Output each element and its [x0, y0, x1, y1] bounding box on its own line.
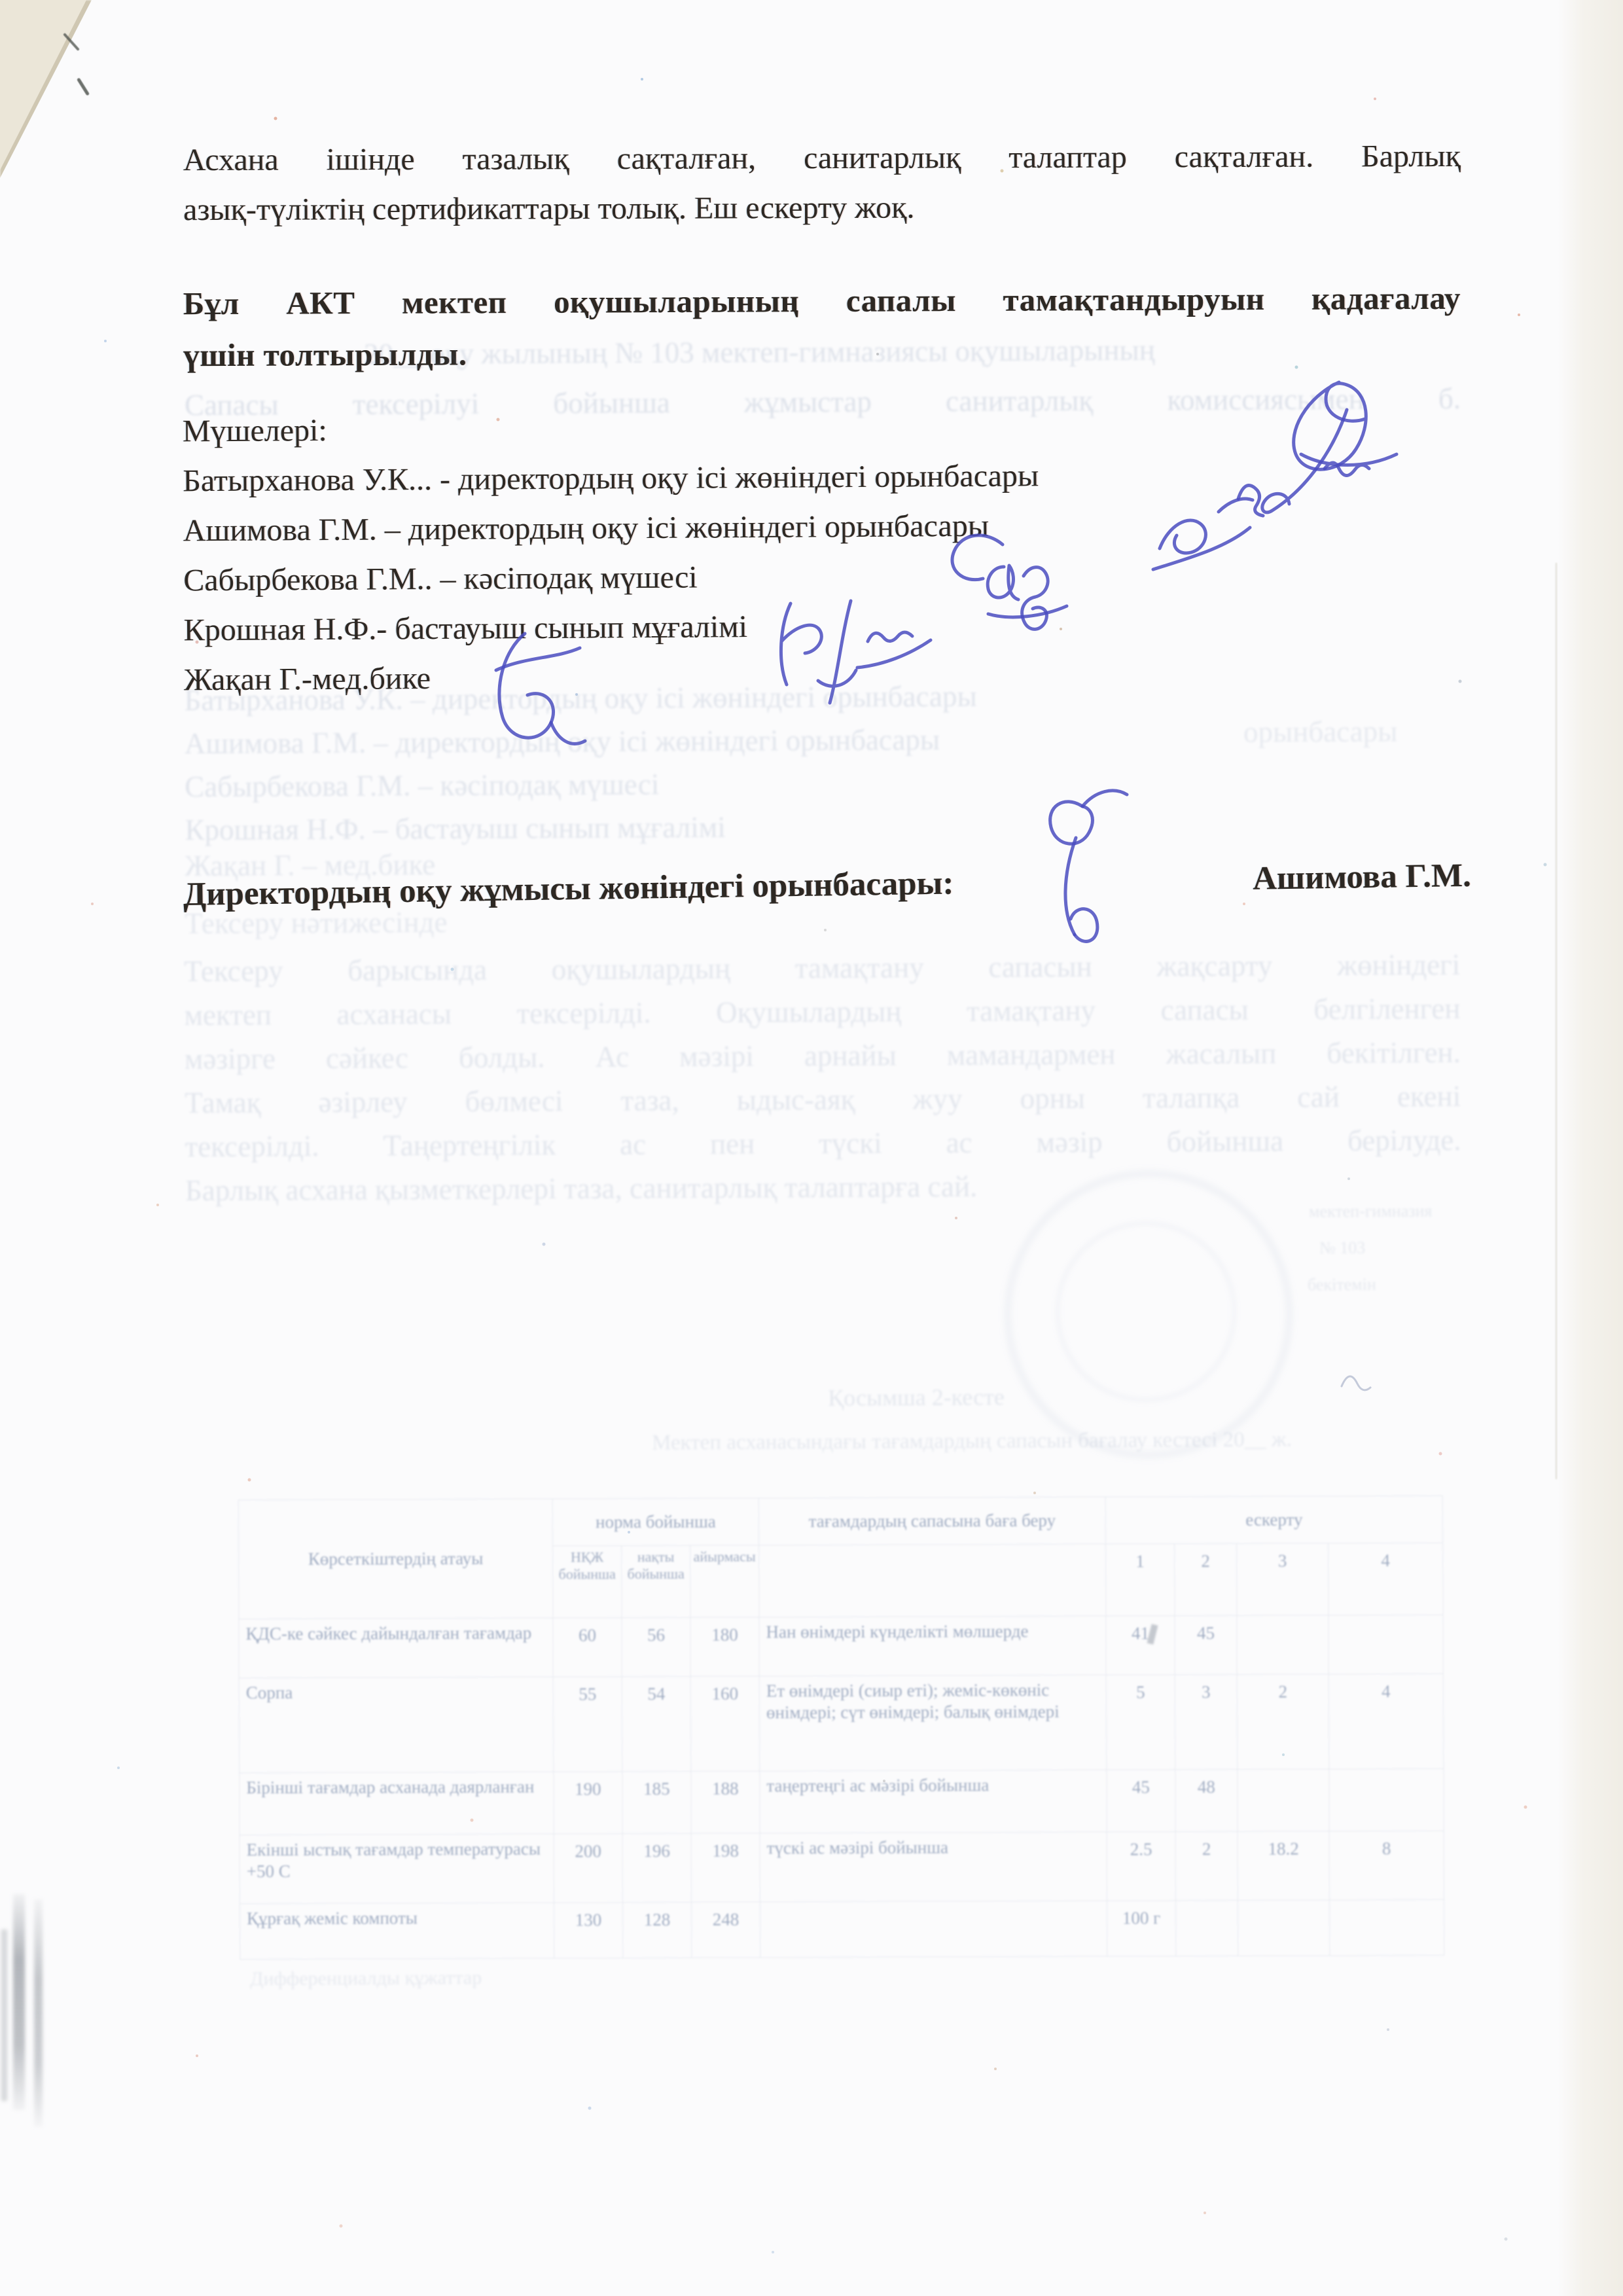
- bleedthrough-table-cell: 2: [1238, 1674, 1330, 1769]
- bleedthrough-table-cell: Бірінші тағамдар асханада даярланған: [240, 1772, 554, 1836]
- bleedthrough-line: Крошная Н.Ф. – бастауыш сынып мұғалімі: [185, 804, 978, 852]
- bleedthrough-table-cell: НҚЖ бойынша: [553, 1546, 622, 1618]
- paragraph-line: азық-түліктің сертификаттары толық. Еш е…: [183, 181, 1461, 235]
- bleedthrough-table-cell: 200: [554, 1834, 623, 1903]
- bleedthrough-table-cell: [759, 1545, 1106, 1618]
- bleedthrough-paragraph: Тексеру барысында оқушылардың тамақтану …: [184, 943, 1461, 1213]
- paragraph-line: Асхана ішінде тазалық сақталған, санитар…: [183, 132, 1461, 185]
- bleedthrough-table-cell: Сорпа: [240, 1677, 554, 1774]
- bleedthrough-table-cell: айырмасы: [690, 1545, 759, 1617]
- bleedthrough-fragment: № 103: [1319, 1238, 1365, 1258]
- bleedthrough-line: мектеп асханасы тексерілді. Оқушылардың …: [184, 987, 1460, 1037]
- bleedthrough-table-cell: 160: [691, 1676, 760, 1771]
- sabyrbekova-signature: [925, 516, 1082, 653]
- bleedthrough-table-cell: [1329, 1769, 1444, 1832]
- bleedthrough-line: мәзірге сәйкес болды. Ас мәзірі арнайы м…: [185, 1031, 1461, 1081]
- bleedthrough-table-cell: ҚДС-ке сәйкес дайындалған тағамдар: [239, 1619, 553, 1679]
- bleedthrough-line: Сабырбекова Г.М. – кәсіподақ мүшесі: [185, 761, 978, 808]
- bleedthrough-line: тексерілді. Таңертеңгілік ас пен түскі а…: [185, 1119, 1461, 1169]
- bleedthrough-line: Дифференциалды құжаттар: [250, 1967, 482, 1990]
- bleedthrough-table-cell: 3: [1175, 1675, 1238, 1770]
- scanner-streak: [13, 1894, 25, 2110]
- bleedthrough-table-caption: Мектеп асханасындағы тағамдардың сапасын…: [550, 1427, 1394, 1456]
- bleedthrough-table-cell: 54: [622, 1677, 692, 1772]
- bleedthrough-table-cell: 130: [554, 1903, 623, 1958]
- bleedthrough-table-cell: 55: [554, 1677, 623, 1772]
- bleedthrough-table-cell: 3: [1237, 1543, 1329, 1615]
- bleedthrough-table-cell: 2: [1176, 1832, 1238, 1901]
- bleedthrough-table-cell: 4: [1329, 1674, 1444, 1770]
- bleedthrough-table-cell: 41: [1106, 1616, 1175, 1675]
- bleedthrough-stamp-inner-ring: [1056, 1221, 1236, 1402]
- scanner-streak: [34, 1899, 43, 2127]
- bleedthrough-table-cell: [1237, 1615, 1329, 1674]
- paper-crease-line: [1556, 563, 1557, 1479]
- bleedthrough-table: Көрсеткіштердің атауы норма бойынша таға…: [238, 1496, 1444, 1960]
- bleedthrough-fragment: орынбасары: [1243, 714, 1398, 749]
- bleedthrough-table-cell: 188: [691, 1771, 760, 1833]
- bleedthrough-table-cell: 2: [1175, 1544, 1237, 1616]
- bleedthrough-table-cell: [1238, 1900, 1330, 1956]
- bleedthrough-table-cell: [1330, 1900, 1444, 1956]
- bleedthrough-table-cell: [1238, 1769, 1329, 1831]
- bleedthrough-line: Тексеру нәтижесінде: [185, 905, 448, 941]
- bleedthrough-table-cell: 190: [554, 1772, 622, 1834]
- bleedthrough-line: Тамақ әзірлеу бөлмесі таза, ыдыс-аяқ жуу…: [185, 1075, 1461, 1125]
- bleedthrough-line: Барлық асхана қызметкерлері таза, санита…: [185, 1162, 1461, 1213]
- bleedthrough-table-cell: Екінші ыстық тағамдар температурасы +50 …: [240, 1835, 554, 1905]
- bleedthrough-line: 20__ оқу жылының № 103 мектеп-гимназиясы…: [364, 333, 1155, 371]
- bleedthrough-table-cell: 100 г: [1107, 1901, 1176, 1956]
- bleedthrough-fragment: бекітемін: [1308, 1275, 1376, 1295]
- bleedthrough-table-cell: 45: [1107, 1770, 1175, 1832]
- bleedthrough-members-echo: Батырханова У.К. – директордың оқу ісі ж…: [184, 675, 978, 852]
- bleedthrough-table-cell: 45: [1175, 1616, 1237, 1675]
- bleedthrough-table-cell: 1: [1106, 1544, 1175, 1616]
- bleedthrough-table-cell: норма бойынша: [553, 1498, 759, 1546]
- bleedthrough-table-cell: 5: [1107, 1675, 1176, 1770]
- bleedthrough-table-cell: таңертеңгі ас мәзірі бойынша: [760, 1770, 1107, 1834]
- paragraph-cafeteria-findings: Асхана ішінде тазалық сақталған, санитар…: [183, 132, 1461, 235]
- bleedthrough-table-cell: [760, 1901, 1107, 1958]
- bleedthrough-table-cell: түскі ас мәзірі бойынша: [760, 1833, 1107, 1903]
- bleedthrough-table-cell: 8: [1330, 1831, 1444, 1901]
- bleedthrough-table-cell: ескерту: [1106, 1496, 1443, 1545]
- bleedthrough-table-cell: Көрсеткіштердің атауы: [239, 1499, 554, 1620]
- ashimova-signature: [1140, 486, 1258, 584]
- director-deputy-signature: [999, 772, 1136, 949]
- bleedthrough-line: Ашимова Г.М. – директордың оқу ісі жөнін…: [185, 718, 978, 765]
- page-corner-fold: [0, 0, 86, 170]
- bleedthrough-table-cell: 56: [622, 1618, 690, 1677]
- bleedthrough-fragment: мектеп-гимназия: [1309, 1202, 1433, 1222]
- bleedthrough-table-caption: Қосымша 2-кесте: [753, 1383, 1080, 1412]
- bleedthrough-line: Батырханова У.К. – директордың оқу ісі ж…: [184, 675, 977, 722]
- paragraph-line: Бұл АКТ мектеп оқушыларының сапалы тамақ…: [183, 272, 1461, 330]
- paper-edge-tint: [1558, 0, 1623, 2296]
- bleedthrough-table-cell: 128: [623, 1903, 692, 1958]
- scanned-act-document-page: Асхана ішінде тазалық сақталған, санитар…: [0, 0, 1623, 2296]
- bleedthrough-table-cell: 180: [690, 1617, 759, 1676]
- bleedthrough-table-cell: 18.2: [1238, 1831, 1330, 1900]
- bleedthrough-table-cell: 198: [692, 1833, 760, 1902]
- scanner-streak: [1, 1929, 7, 2101]
- bleedthrough-table-cell: 4: [1329, 1543, 1443, 1616]
- pencil-mark: [77, 77, 90, 96]
- scanner-dust-speckles: [0, 0, 1, 1]
- bleedthrough-table-cell: 60: [553, 1618, 622, 1677]
- bleedthrough-table-cell: 185: [622, 1772, 691, 1834]
- bleedthrough-table-cell: 48: [1175, 1770, 1238, 1832]
- bleedthrough-table-cell: Құрғақ жеміс компоты: [240, 1903, 554, 1960]
- bleedthrough-line: Тексеру барысында оқушылардың тамақтану …: [184, 943, 1460, 994]
- members-heading: Мүшелері:: [183, 400, 1328, 457]
- bleedthrough-table-cell: Ет өнімдері (сиыр еті); жеміс-көкөніс өн…: [760, 1676, 1107, 1772]
- bleedthrough-table-cell: [1329, 1615, 1443, 1675]
- bleedthrough-table-cell: нақты бойынша: [622, 1546, 690, 1618]
- bleedthrough-table-cell: 196: [623, 1834, 692, 1903]
- bleedthrough-table-cell: 2.5: [1107, 1832, 1176, 1901]
- bleedthrough-table-cell: 248: [692, 1902, 760, 1958]
- bleedthrough-table-cell: Нан өнімдері күнделікті мөлшерде: [759, 1617, 1106, 1677]
- signoff-name: Ашимова Г.М.: [1253, 857, 1472, 898]
- faint-pen-squiggle: [1339, 1368, 1373, 1395]
- bleedthrough-table-cell: [1176, 1901, 1238, 1956]
- bleedthrough-table-cell: тағамдардың сапасына баға беру: [759, 1498, 1106, 1546]
